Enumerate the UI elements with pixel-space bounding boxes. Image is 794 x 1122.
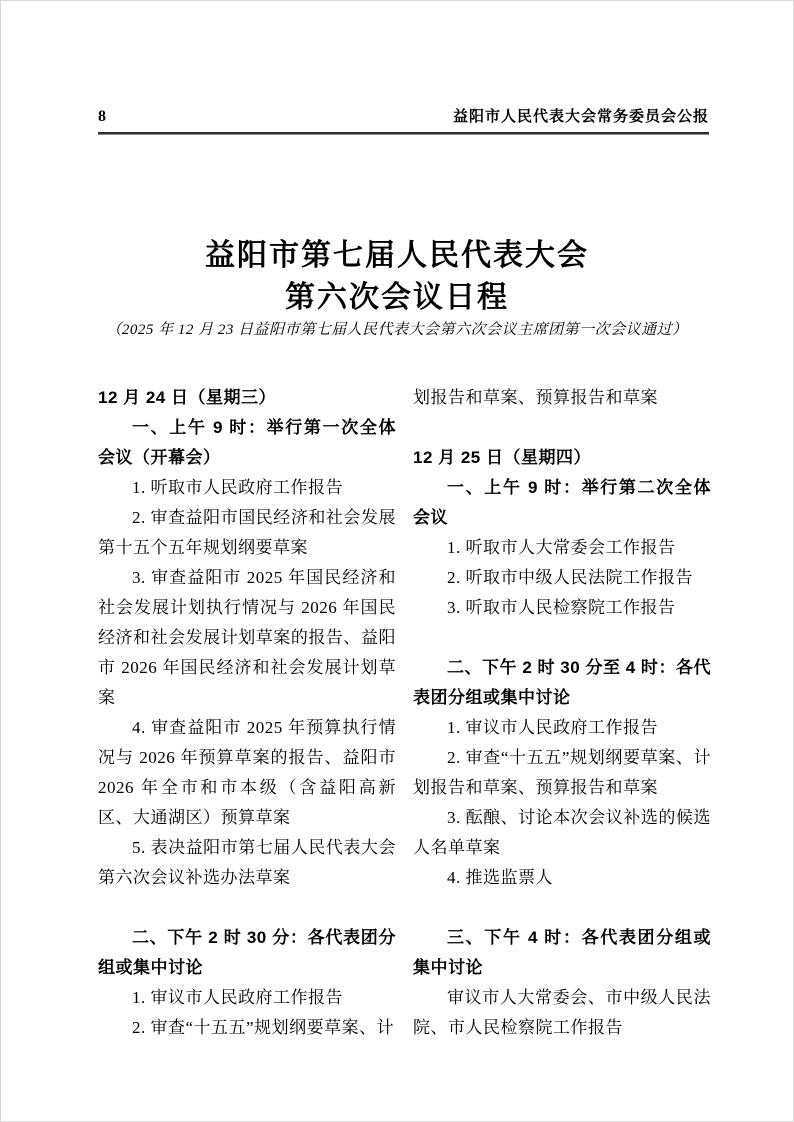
document-title-line-1: 益阳市第七届人民代表大会: [1, 235, 793, 277]
right-column: 划报告和草案、预算报告和草案 12 月 25 日（星期四） 一、上午 9 时：举…: [413, 383, 711, 1043]
left-column: 12 月 24 日（星期三） 一、上午 9 时：举行第一次全体会议（开幕会） 1…: [98, 383, 396, 1043]
agenda-item: 2. 听取市中级人民法院工作报告: [413, 563, 711, 593]
session-heading-first-plenary: 一、上午 9 时：举行第一次全体会议（开幕会）: [98, 413, 396, 473]
date-heading-dec-24: 12 月 24 日（星期三）: [98, 383, 396, 413]
paragraph-spacer: [98, 893, 396, 923]
agenda-item: 审议市人大常委会、市中级人民法院、市人民检察院工作报告: [413, 983, 711, 1043]
session-heading-second-plenary: 一、上午 9 时：举行第二次全体会议: [413, 473, 711, 533]
agenda-item: 5. 表决益阳市第七届人民代表大会第六次会议补选办法草案: [98, 833, 396, 893]
agenda-item: 4. 推选监票人: [413, 863, 711, 893]
agenda-item: 1. 听取市人大常委会工作报告: [413, 533, 711, 563]
running-header: 8 益阳市人民代表大会常务委员会公报: [98, 107, 709, 127]
agenda-item: 3. 听取市人民检察院工作报告: [413, 593, 711, 623]
session-heading-afternoon-discussion: 二、下午 2 时 30 分：各代表团分组或集中讨论: [98, 923, 396, 983]
document-subtitle: （2025 年 12 月 23 日益阳市第七届人民代表大会第六次会议主席团第一次…: [1, 318, 793, 339]
agenda-item: 2. 审查益阳市国民经济和社会发展第十五个五年规划纲要草案: [98, 503, 396, 563]
agenda-item: 2. 审查“十五五”规划纲要草案、计划报告和草案、预算报告和草案: [413, 743, 711, 803]
paragraph-spacer: [413, 893, 711, 923]
date-heading-dec-25: 12 月 25 日（星期四）: [413, 443, 711, 473]
publication-title: 益阳市人民代表大会常务委员会公报: [453, 107, 709, 127]
paragraph-spacer: [413, 413, 711, 443]
header-divider: [98, 132, 709, 135]
two-column-body: 12 月 24 日（星期三） 一、上午 9 时：举行第一次全体会议（开幕会） 1…: [98, 383, 711, 1043]
document-title-line-2: 第六次会议日程: [1, 277, 793, 319]
agenda-item: 4. 审查益阳市 2025 年预算执行情况与 2026 年预算草案的报告、益阳市…: [98, 713, 396, 833]
session-heading-afternoon-discussion-2: 二、下午 2 时 30 分至 4 时：各代表团分组或集中讨论: [413, 653, 711, 713]
agenda-item: 2. 审查“十五五”规划纲要草案、计: [98, 1013, 396, 1043]
agenda-item: 1. 审议市人民政府工作报告: [413, 713, 711, 743]
document-title: 益阳市第七届人民代表大会 第六次会议日程: [1, 235, 793, 319]
agenda-item: 3. 审查益阳市 2025 年国民经济和社会发展计划执行情况与 2026 年国民…: [98, 563, 396, 713]
agenda-item-continuation: 划报告和草案、预算报告和草案: [413, 383, 711, 413]
session-heading-4pm-discussion: 三、下午 4 时：各代表团分组或集中讨论: [413, 923, 711, 983]
paragraph-spacer: [413, 623, 711, 653]
document-page: 8 益阳市人民代表大会常务委员会公报 益阳市第七届人民代表大会 第六次会议日程 …: [0, 0, 794, 1122]
page-number: 8: [98, 107, 106, 127]
agenda-item: 3. 酝酿、讨论本次会议补选的候选人名单草案: [413, 803, 711, 863]
agenda-item: 1. 听取市人民政府工作报告: [98, 473, 396, 503]
agenda-item: 1. 审议市人民政府工作报告: [98, 983, 396, 1013]
